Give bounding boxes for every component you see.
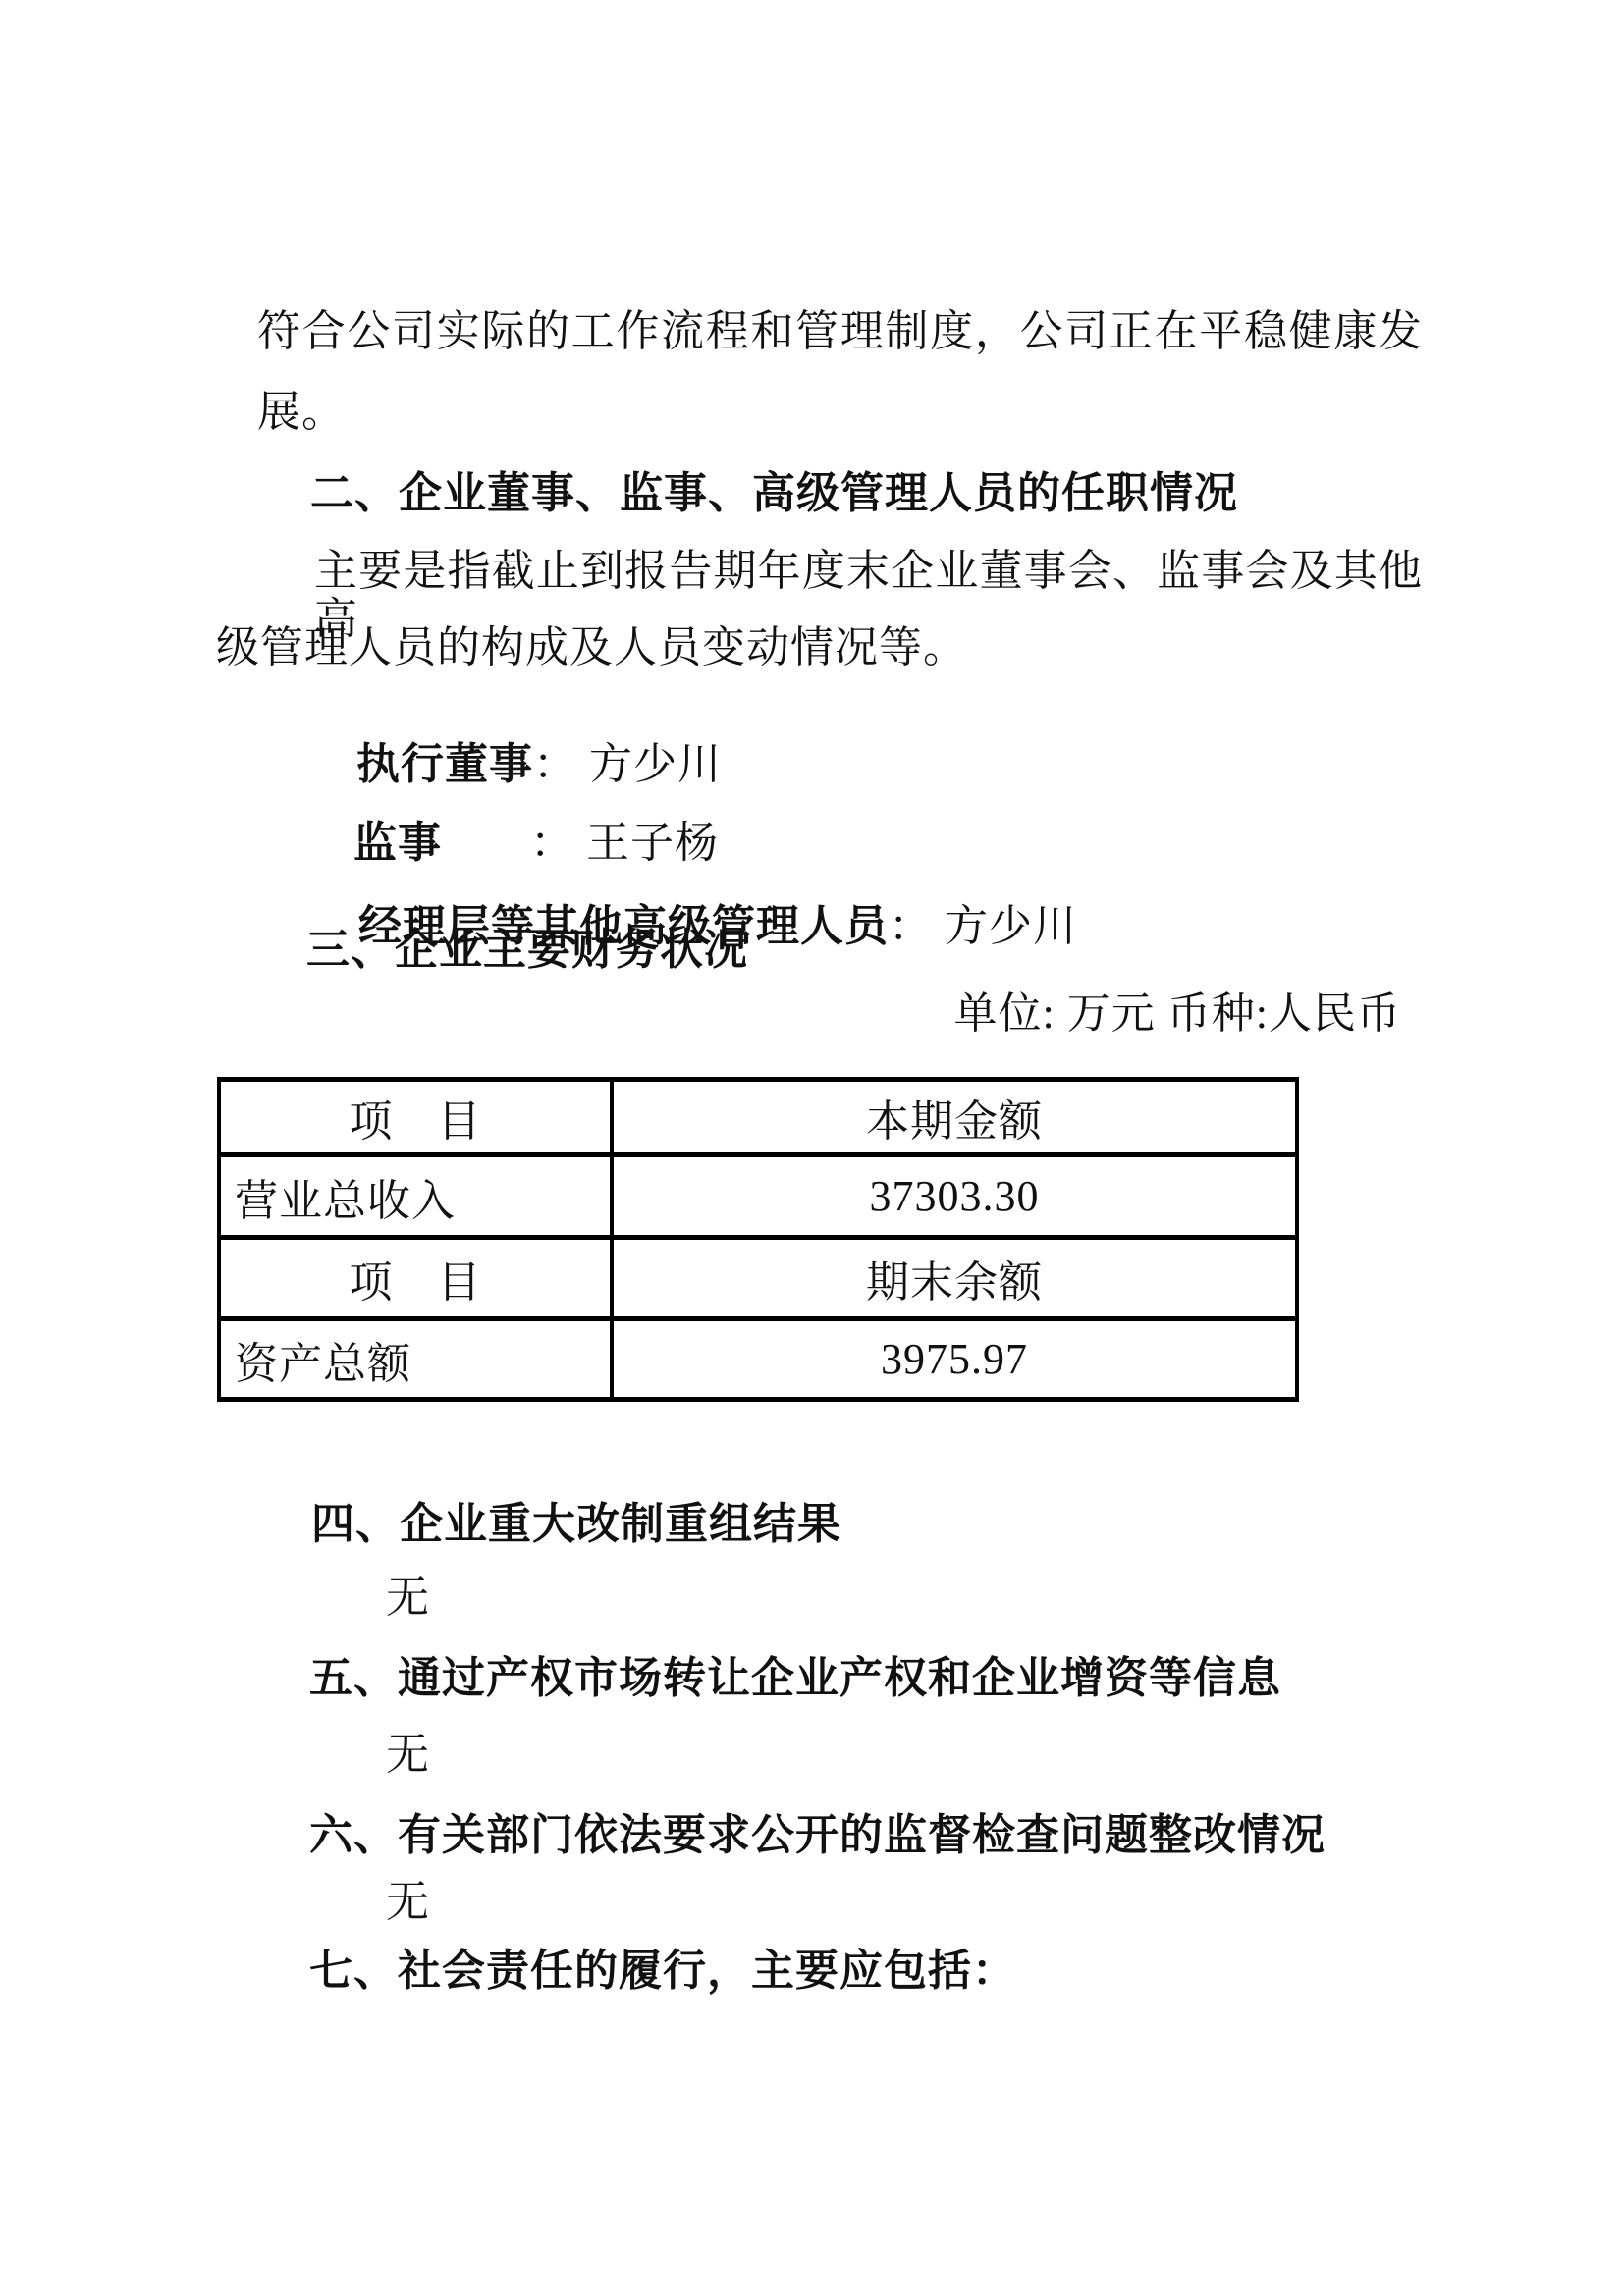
table-row: 项 目 本期金额	[219, 1080, 1297, 1155]
section-5-heading: 五、通过产权市场转让企业产权和企业增资等信息	[309, 1654, 1281, 1702]
table-row: 营业总收入 37303.30	[219, 1155, 1297, 1238]
table-cell: 资产总额	[219, 1319, 612, 1400]
intro-paragraph-line-1: 符合公司实际的工作流程和管理制度，公司正在平稳健康发	[257, 307, 1422, 355]
table-row: 资产总额 3975.97	[219, 1319, 1297, 1400]
section-7-heading: 七、社会责任的履行，主要应包括：	[309, 1947, 1016, 1995]
table-row: 项 目 期末余额	[219, 1238, 1297, 1319]
section-5-body: 无	[386, 1731, 430, 1779]
unit-currency-note: 单位: 万元 币种:人民币	[954, 989, 1401, 1038]
section-2-body-line-2: 级管理人员的构成及人员变动情况等。	[216, 623, 967, 671]
intro-paragraph-line-2: 展。	[257, 388, 346, 436]
section-4-body: 无	[386, 1574, 430, 1622]
section-4-heading: 四、企业重大改制重组结果	[311, 1500, 841, 1548]
table-header-cell: 本期金额	[612, 1080, 1297, 1155]
financial-table: 项 目 本期金额 营业总收入 37303.30 项 目 期末余额 资产总额 39…	[217, 1077, 1299, 1402]
table-header-cell: 项 目	[219, 1080, 612, 1155]
table-cell: 3975.97	[612, 1319, 1297, 1400]
section-3-heading: 三、企业主要财务状况	[306, 926, 748, 974]
role-value: 方少川	[945, 902, 1077, 950]
table-cell: 营业总收入	[219, 1155, 612, 1238]
section-6-body: 无	[386, 1878, 430, 1926]
section-6-heading: 六、有关部门依法要求公开的监督检查问题整改情况	[309, 1811, 1326, 1859]
role-separator: ：	[889, 902, 945, 950]
table-header-cell: 期末余额	[612, 1238, 1297, 1319]
table-cell: 37303.30	[612, 1155, 1297, 1238]
section-2-heading: 二、企业董事、监事、高级管理人员的任职情况	[310, 469, 1238, 517]
table-header-cell: 项 目	[219, 1238, 612, 1319]
document-page: 符合公司实际的工作流程和管理制度，公司正在平稳健康发 展。 二、企业董事、监事、…	[0, 0, 1624, 2296]
